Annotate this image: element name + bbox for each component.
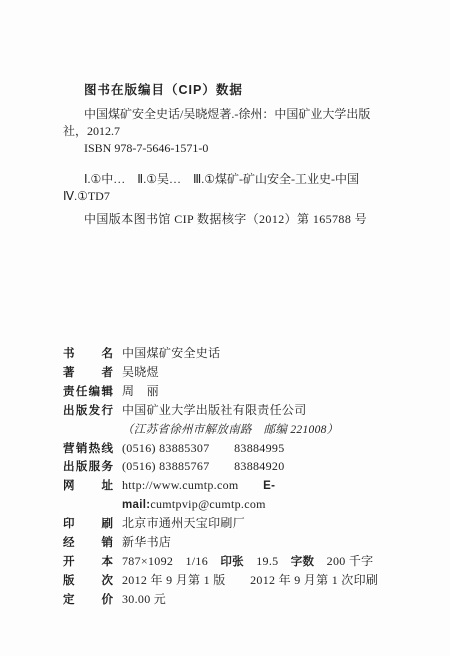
- colophon-row: 印刷北京市通州天宝印刷厂: [63, 515, 393, 534]
- row-value: 北京市通州天宝印刷厂: [122, 515, 393, 533]
- row-value: 30.00 元: [122, 591, 393, 609]
- row-value: 787×1092 1/16 印张 19.5 字数 200 千字: [122, 553, 393, 572]
- row-value: 周 丽: [122, 383, 393, 401]
- row-value: 中国煤矿安全史话: [122, 345, 393, 363]
- row-value-text: 787×1092 1/16: [122, 554, 220, 568]
- row-value-text: 吴晓煜: [122, 365, 159, 379]
- colophon-row: 出版发行中国矿业大学出版社有限责任公司: [63, 402, 393, 421]
- cip-isbn: ISBN 978-7-5646-1571-0: [63, 140, 393, 157]
- row-value: 2012 年 9 月第 1 版 2012 年 9 月第 1 次印刷: [122, 572, 393, 590]
- cip-classification-line2: Ⅳ.①TD7: [63, 188, 393, 205]
- colophon-row: 版次2012 年 9 月第 1 版 2012 年 9 月第 1 次印刷: [63, 572, 393, 591]
- row-value: (0516) 83885767 83884920: [122, 458, 393, 476]
- row-value-text: 30.00 元: [122, 592, 166, 606]
- row-label: 责任编辑: [63, 384, 113, 402]
- row-label: 版次: [63, 573, 113, 591]
- colophon-row: 责任编辑周 丽: [63, 383, 393, 402]
- colophon-row: 网址http://www.cumtp.com E-mail:cumtpvip@c…: [63, 477, 393, 515]
- row-value-key: 字数: [291, 556, 315, 568]
- cip-classification-line1: Ⅰ.①中… Ⅱ.①吴… Ⅲ.①煤矿-矿山安全-工业史-中国: [63, 171, 393, 188]
- row-value-key: 印张: [220, 556, 244, 568]
- row-value-text: 中国矿业大学出版社有限责任公司: [122, 403, 307, 417]
- colophon-row: 书名中国煤矿安全史话: [63, 345, 393, 364]
- row-value: 吴晓煜: [122, 364, 393, 382]
- row-label: 书名: [63, 346, 113, 364]
- row-value-text: http://www.cumtp.com: [122, 478, 263, 492]
- row-label: 出版发行: [63, 403, 113, 421]
- cip-entry-line1: 中国煤矿安全史话/吴晓煜著.-徐州：中国矿业大学出版: [63, 106, 393, 123]
- colophon-row: 经销新华书店: [63, 534, 393, 553]
- row-value-text: 中国煤矿安全史话: [122, 346, 220, 360]
- row-label: 出版服务: [63, 459, 113, 477]
- cip-record-number: 中国版本图书馆 CIP 数据核字（2012）第 165788 号: [63, 211, 393, 228]
- colophon-row: 定价30.00 元: [63, 591, 393, 610]
- row-label: 开本: [63, 554, 113, 572]
- colophon-row: 著者吴晓煜: [63, 364, 393, 383]
- row-label: 定价: [63, 592, 113, 610]
- row-value: http://www.cumtp.com E-mail:cumtpvip@cum…: [122, 477, 393, 515]
- row-value: (0516) 83885307 83884995: [122, 440, 393, 458]
- row-value: 中国矿业大学出版社有限责任公司: [122, 402, 393, 420]
- row-value-text: 2012 年 9 月第 1 版 2012 年 9 月第 1 次印刷: [122, 573, 378, 587]
- row-value-text: (0516) 83885767 83884920: [122, 459, 285, 473]
- row-label: 营销热线: [63, 441, 113, 459]
- cip-block: 图书在版编目（CIP）数据 中国煤矿安全史话/吴晓煜著.-徐州：中国矿业大学出版…: [63, 83, 393, 228]
- colophon-rows: 书名中国煤矿安全史话著者吴晓煜责任编辑周 丽出版发行中国矿业大学出版社有限责任公…: [63, 345, 393, 610]
- colophon-row: 出版服务(0516) 83885767 83884920: [63, 458, 393, 477]
- row-value-text: 北京市通州天宝印刷厂: [122, 516, 245, 530]
- row-label: 经销: [63, 535, 113, 553]
- colophon-row: 开本787×1092 1/16 印张 19.5 字数 200 千字: [63, 553, 393, 572]
- colophon-row: 营销热线(0516) 83885307 83884995: [63, 440, 393, 459]
- row-value-text: cumtpvip@cumtp.com: [150, 497, 265, 511]
- colophon-row: （江苏省徐州市解放南路 邮编 221008）: [63, 421, 393, 440]
- row-value-text: 19.5: [244, 554, 291, 568]
- cip-entry: 中国煤矿安全史话/吴晓煜著.-徐州：中国矿业大学出版 社，2012.7 ISBN…: [63, 106, 393, 157]
- copyright-page: 图书在版编目（CIP）数据 中国煤矿安全史话/吴晓煜著.-徐州：中国矿业大学出版…: [0, 0, 450, 656]
- row-label: 印刷: [63, 516, 113, 534]
- row-value: （江苏省徐州市解放南路 邮编 221008）: [122, 421, 393, 440]
- row-value-text: (0516) 83885307 83884995: [122, 441, 285, 455]
- row-value: 新华书店: [122, 534, 393, 552]
- row-label: 著者: [63, 365, 113, 383]
- page-content: 图书在版编目（CIP）数据 中国煤矿安全史话/吴晓煜著.-徐州：中国矿业大学出版…: [63, 83, 393, 610]
- row-label: 网址: [63, 478, 113, 496]
- cip-heading: 图书在版编目（CIP）数据: [84, 83, 393, 98]
- cip-entry-line2: 社，2012.7: [63, 123, 393, 140]
- row-value-text: 新华书店: [122, 535, 171, 549]
- row-value-text: 200 千字: [314, 554, 373, 568]
- row-value-text: （江苏省徐州市解放南路 邮编 221008）: [122, 424, 338, 436]
- cip-classification: Ⅰ.①中… Ⅱ.①吴… Ⅲ.①煤矿-矿山安全-工业史-中国 Ⅳ.①TD7: [63, 171, 393, 205]
- row-value-text: 周 丽: [122, 384, 159, 398]
